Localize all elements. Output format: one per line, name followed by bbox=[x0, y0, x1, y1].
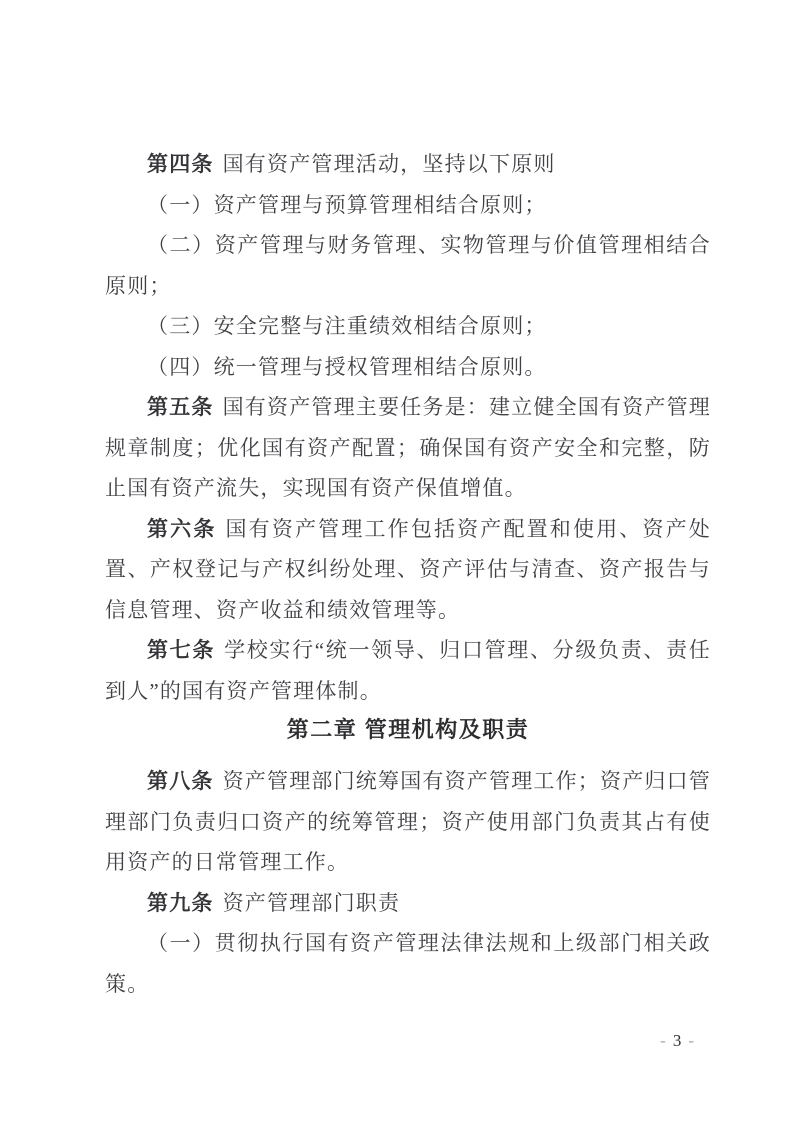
article-text: （四）统一管理与授权管理相结合原则。 bbox=[147, 355, 547, 379]
list-item-paragraph: （四）统一管理与授权管理相结合原则。 bbox=[105, 347, 711, 388]
list-item-paragraph: （一）贯彻执行国有资产管理法律法规和上级部门相关政策。 bbox=[105, 923, 711, 1004]
page-number-value: 3 bbox=[673, 1031, 682, 1050]
article-paragraph: 第九条资产管理部门职责 bbox=[105, 883, 711, 924]
article-paragraph: 第六条国有资产管理工作包括资产配置和使用、资产处置、产权登记与产权纠纷处理、资产… bbox=[105, 509, 711, 631]
article-paragraph: 第八条资产管理部门统筹国有资产管理工作；资产归口管理部门负责归口资产的统筹管理；… bbox=[105, 761, 711, 883]
article-paragraph: 第五条国有资产管理主要任务是：建立健全国有资产管理规章制度；优化国有资产配置；确… bbox=[105, 387, 711, 509]
page-number-dash: - bbox=[688, 1031, 694, 1050]
article-number: 第七条 bbox=[147, 638, 215, 662]
page-number-dash: - bbox=[660, 1031, 666, 1050]
article-number: 第五条 bbox=[147, 395, 214, 419]
page-number: -3- bbox=[660, 1031, 694, 1051]
article-text: （一）贯彻执行国有资产管理法律法规和上级部门相关政策。 bbox=[105, 931, 711, 996]
document-page: 第四条国有资产管理活动，坚持以下原则 （一）资产管理与预算管理相结合原则； （二… bbox=[0, 0, 794, 1123]
article-number: 第六条 bbox=[147, 517, 217, 541]
chapter-heading: 第二章 管理机构及职责 bbox=[105, 713, 711, 747]
article-text: （一）资产管理与预算管理相结合原则； bbox=[147, 193, 547, 217]
article-text: 资产管理部门职责 bbox=[223, 891, 401, 915]
article-number: 第四条 bbox=[147, 152, 214, 176]
article-number: 第九条 bbox=[147, 891, 214, 915]
article-text: （三）安全完整与注重绩效相结合原则； bbox=[147, 314, 547, 338]
list-item-paragraph: （一）资产管理与预算管理相结合原则； bbox=[105, 185, 711, 226]
article-text: （二）资产管理与财务管理、实物管理与价值管理相结合原则； bbox=[105, 233, 711, 298]
article-paragraph: 第七条学校实行“统一领导、归口管理、分级负责、责任到人”的国有资产管理体制。 bbox=[105, 630, 711, 711]
article-paragraph: 第四条国有资产管理活动，坚持以下原则 bbox=[105, 144, 711, 185]
document-body: 第四条国有资产管理活动，坚持以下原则 （一）资产管理与预算管理相结合原则； （二… bbox=[105, 144, 711, 1004]
list-item-paragraph: （二）资产管理与财务管理、实物管理与价值管理相结合原则； bbox=[105, 225, 711, 306]
article-text: 国有资产管理活动，坚持以下原则 bbox=[223, 152, 556, 176]
list-item-paragraph: （三）安全完整与注重绩效相结合原则； bbox=[105, 306, 711, 347]
article-number: 第八条 bbox=[147, 769, 214, 793]
